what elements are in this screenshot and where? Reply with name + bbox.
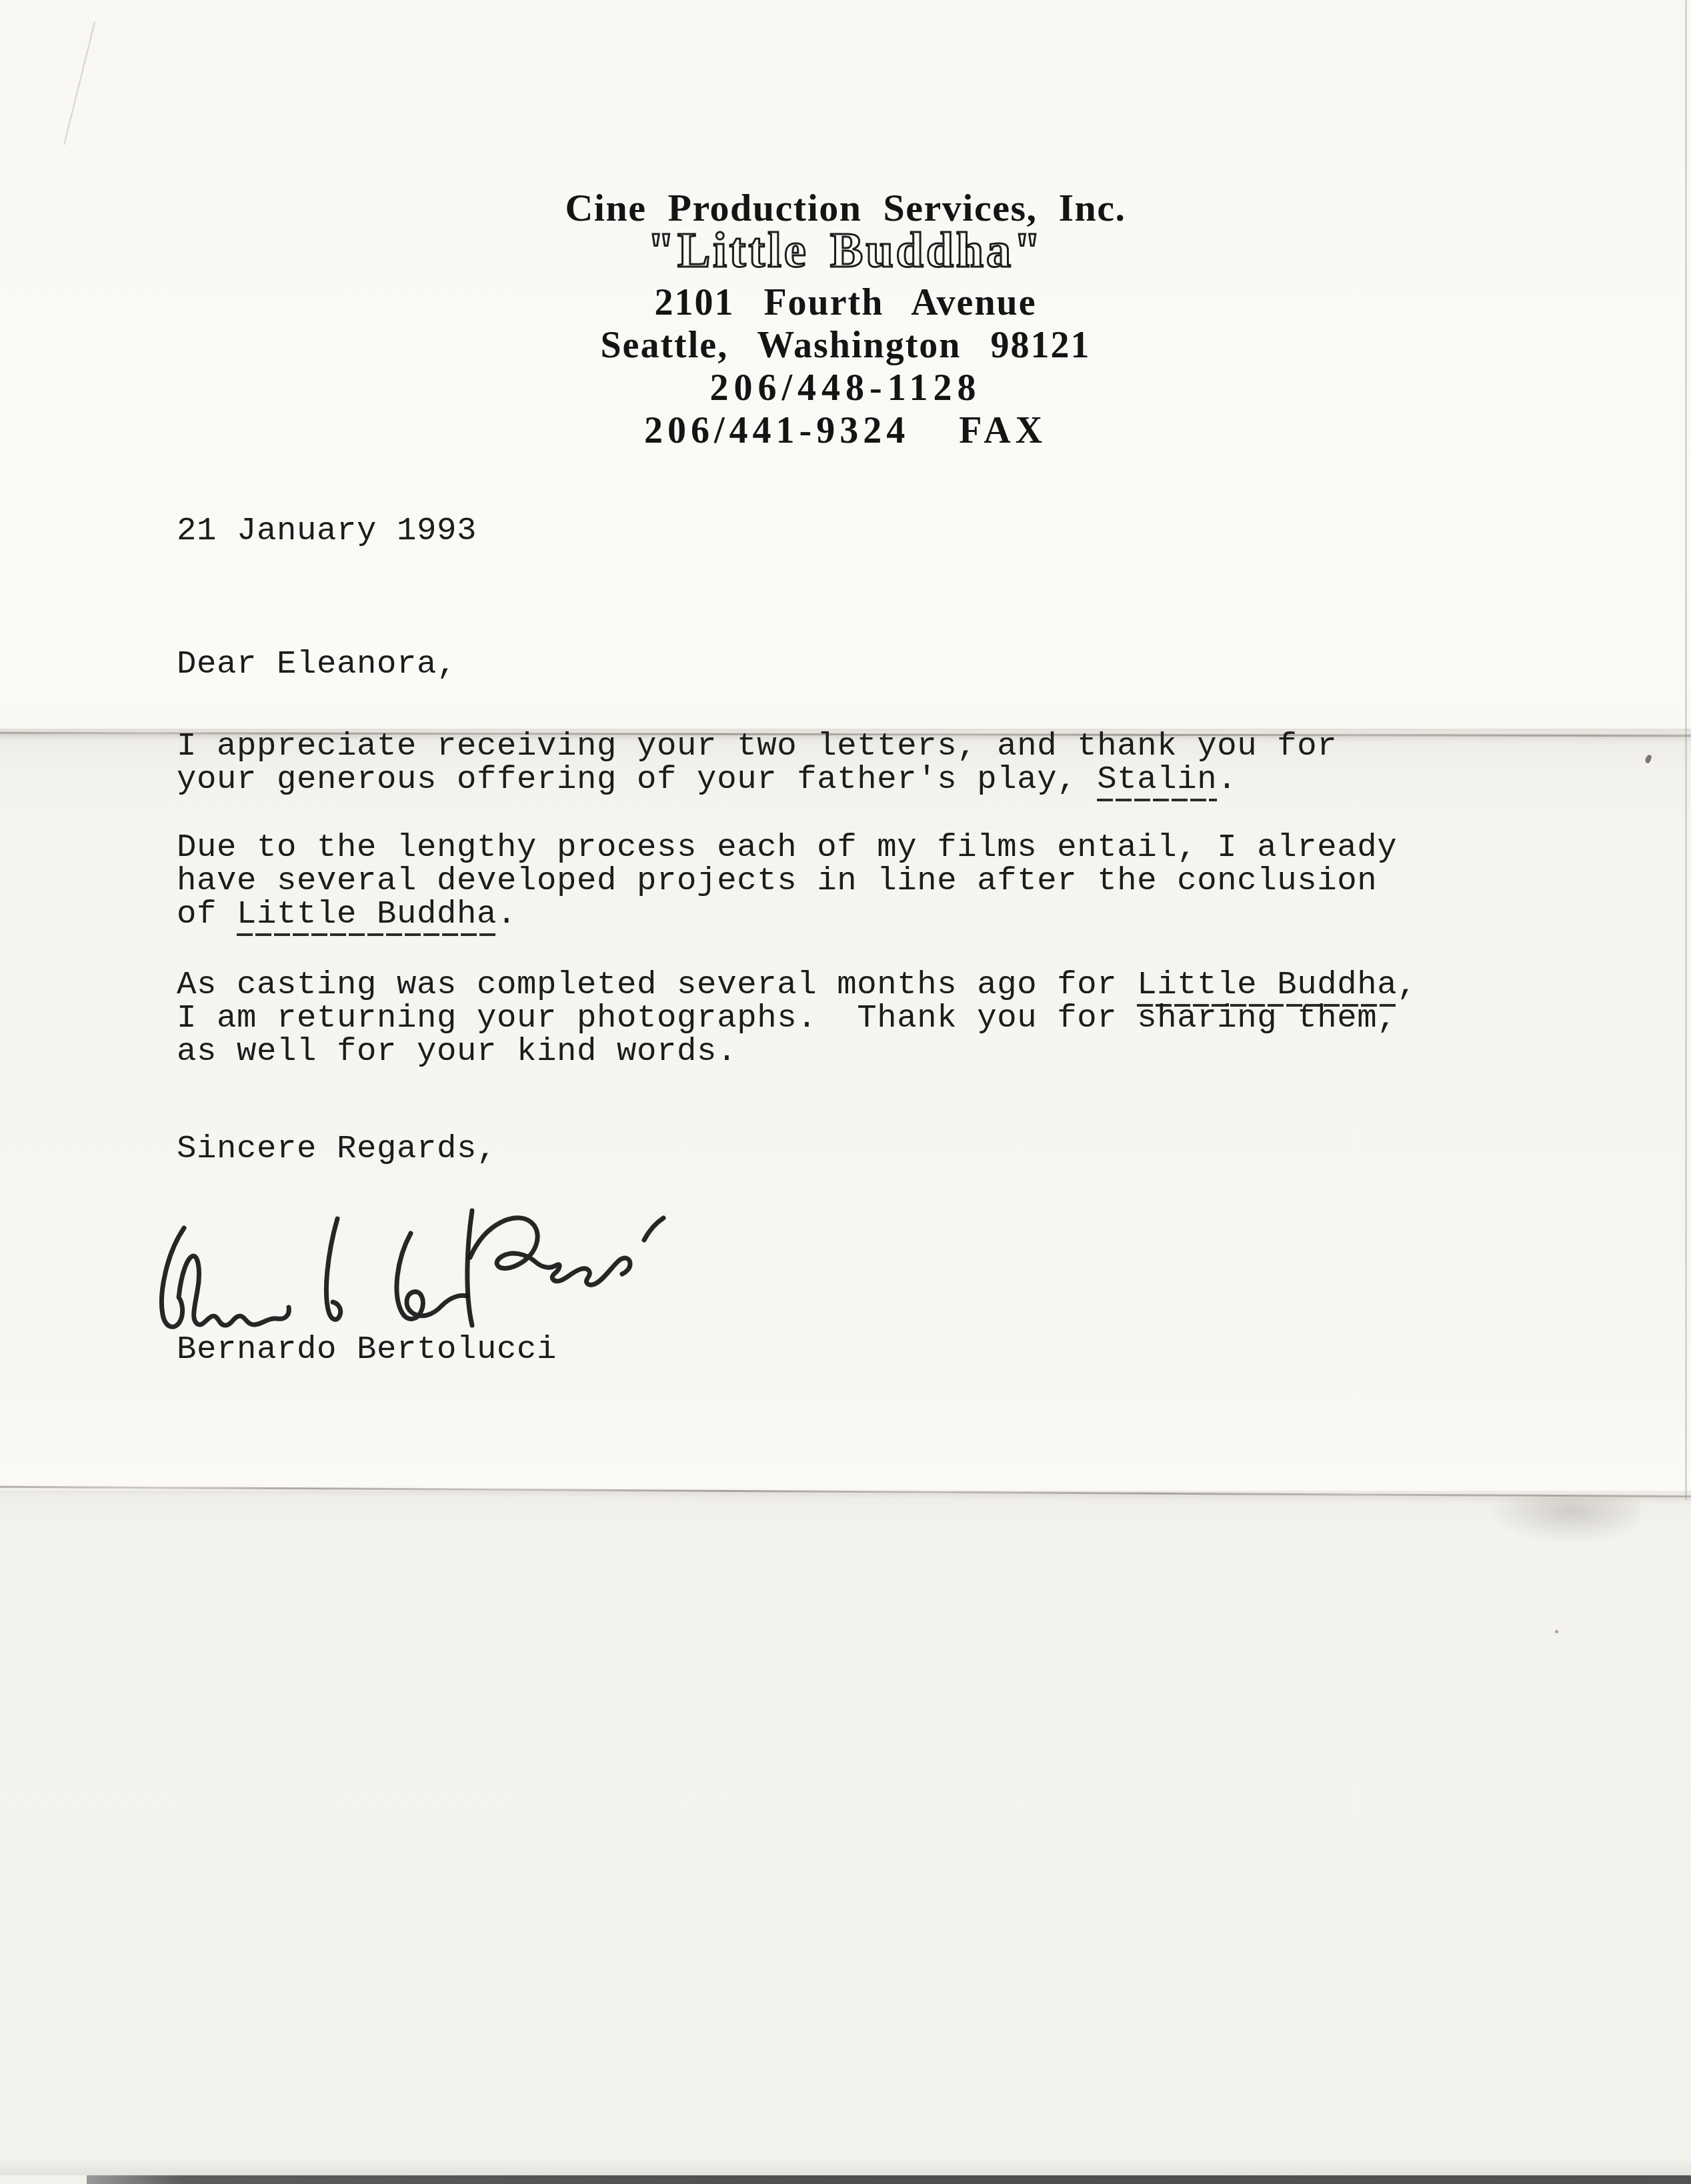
paper-band-bottom <box>0 1491 1691 2184</box>
handwritten-signature <box>125 1193 725 1353</box>
body-line: your generous offering of your father's … <box>177 763 1337 796</box>
letter-closing: Sincere Regards, <box>177 1132 497 1165</box>
body-text: I am returning your photographs. Thank y… <box>177 999 1397 1037</box>
body-text: Due to the lengthy process each of my fi… <box>177 829 1397 866</box>
body-line: Due to the lengthy process each of my fi… <box>177 831 1397 864</box>
body-line: I am returning your photographs. Thank y… <box>177 1001 1417 1035</box>
body-line: I appreciate receiving your two letters,… <box>177 729 1337 763</box>
body-line: have several developed projects in line … <box>177 864 1397 897</box>
body-text: I appreciate receiving your two letters,… <box>177 727 1337 765</box>
body-text: as well for your kind words. <box>177 1033 737 1070</box>
fold-shadow-blob <box>1487 1497 1640 1544</box>
body-text: , <box>1397 966 1417 1003</box>
body-text: have several developed projects in line … <box>177 862 1377 899</box>
letterhead-film-title: "Little Buddha" <box>445 223 1246 279</box>
scanner-edge-strip <box>87 2175 1691 2184</box>
scanner-edge-shadow <box>0 2158 1691 2175</box>
letterhead-street-address: 2101 Fourth Avenue <box>445 281 1246 324</box>
letter-paragraph-2: Due to the lengthy process each of my fi… <box>177 831 1397 931</box>
body-line: of Little Buddha. <box>177 897 1397 931</box>
paper-right-edge <box>1685 0 1687 1500</box>
body-text: As casting was completed several months … <box>177 966 1137 1003</box>
scanned-letter-page: Cine Production Services, Inc. "Little B… <box>0 0 1691 2184</box>
letter-salutation: Dear Eleanora, <box>177 647 457 681</box>
body-line: as well for your kind words. <box>177 1035 1417 1068</box>
signature-typed-name: Bernardo Bertolucci <box>177 1333 557 1366</box>
letterhead-fax-number: 206/441-9324 <box>644 410 910 451</box>
ink-speck <box>1555 1630 1558 1633</box>
underlined-film-title: Stalin <box>1097 761 1217 801</box>
body-text: . <box>497 895 517 933</box>
letter-paragraph-1: I appreciate receiving your two letters,… <box>177 729 1337 796</box>
body-text: your generous offering of your father's … <box>177 761 1097 798</box>
letterhead-phone-number: 206/448-1128 <box>445 367 1246 409</box>
letterhead-fax-line: 206/441-9324FAX <box>445 409 1246 452</box>
body-text: of <box>177 895 237 933</box>
body-line: As casting was completed several months … <box>177 968 1417 1001</box>
letter-paragraph-3: As casting was completed several months … <box>177 968 1417 1068</box>
letterhead-city-state-zip: Seattle, Washington 98121 <box>445 324 1246 367</box>
letter-date: 21 January 1993 <box>177 514 477 547</box>
underlined-film-title: Little Buddha <box>237 895 497 936</box>
letterhead-fax-label: FAX <box>959 410 1047 451</box>
body-text: . <box>1217 761 1237 798</box>
